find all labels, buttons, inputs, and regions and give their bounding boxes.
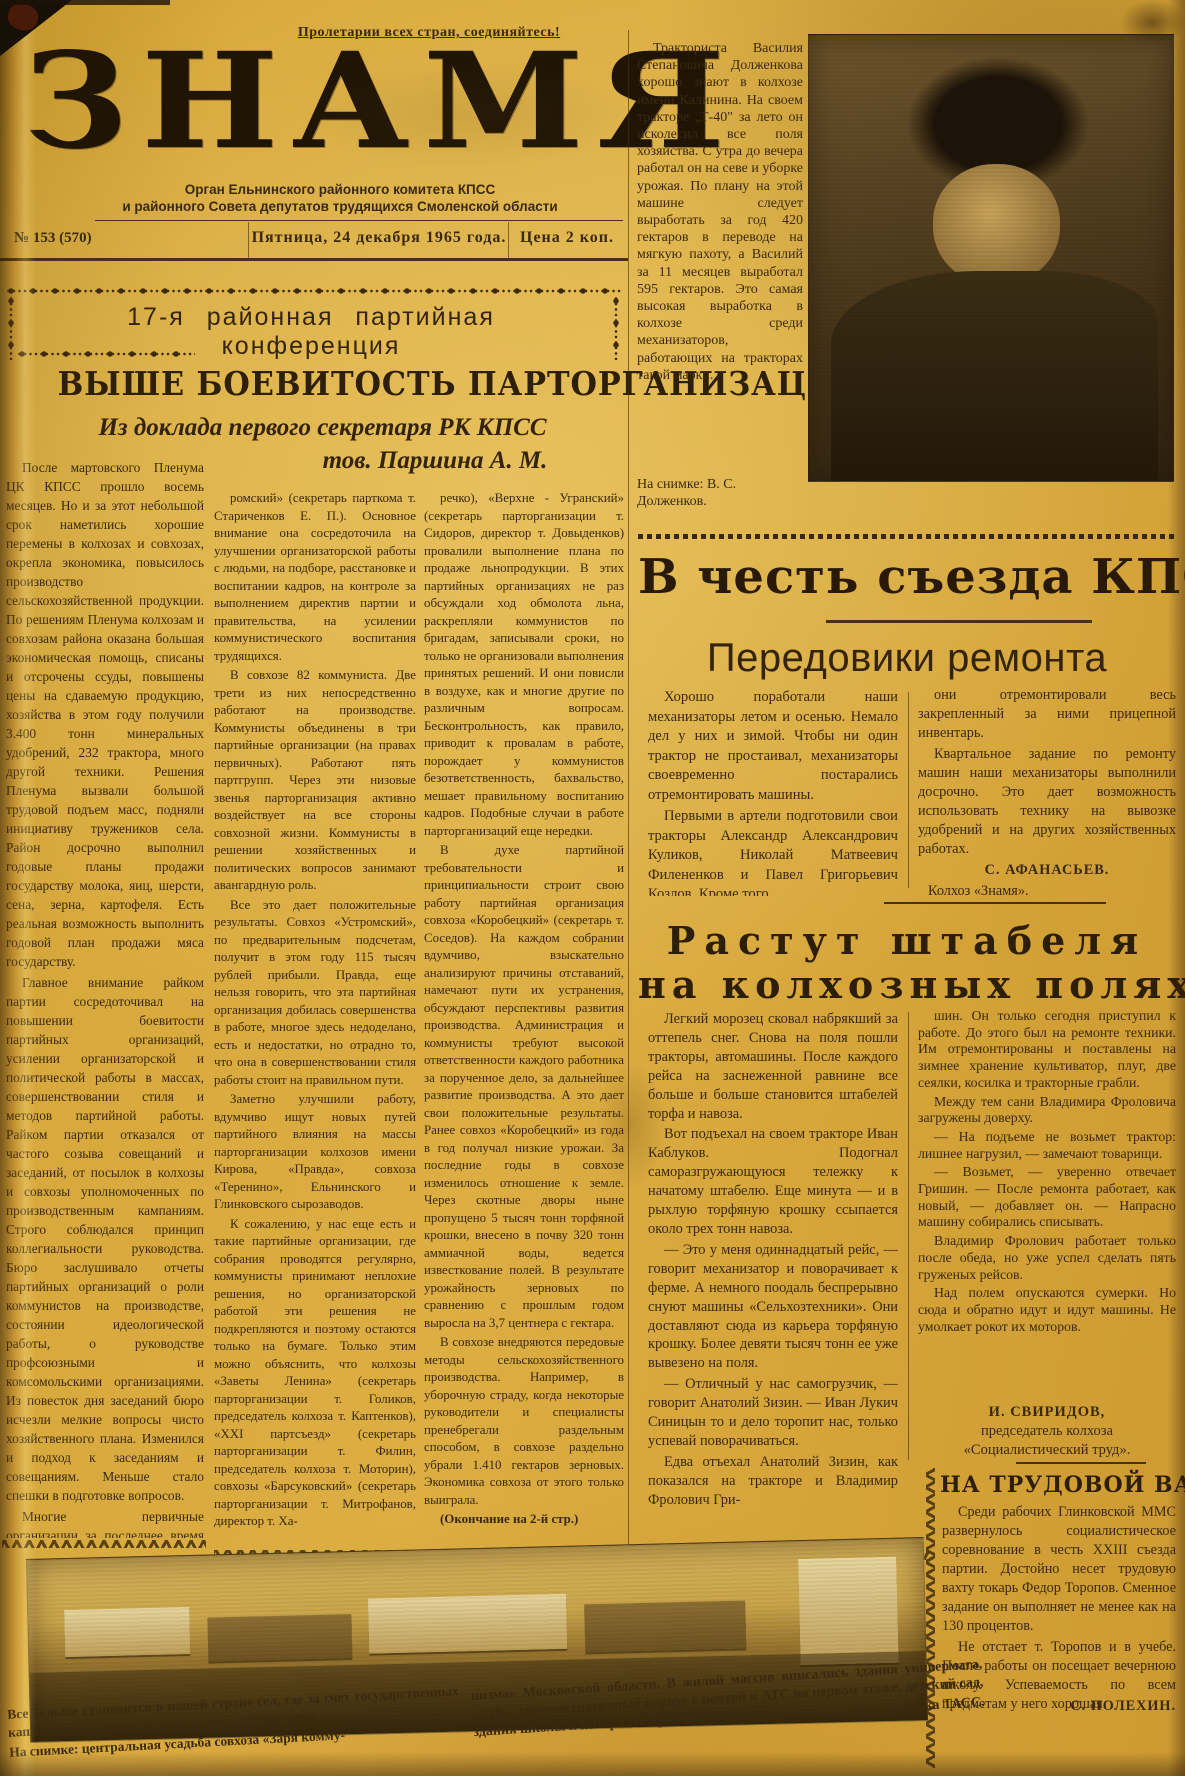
issue-number: № 153 (570) — [14, 230, 244, 247]
lead-paragraph: К сожалению, у нас еще есть и такие парт… — [214, 1216, 416, 1531]
stacks-paragraph: Над полем опускаются сумерки. Но сюда и … — [918, 1285, 1176, 1335]
lead-paragraph: В духе партийной требовательности и прин… — [424, 842, 624, 1332]
ornament-chain-left — [6, 296, 17, 360]
labor-zigzag-border — [926, 1468, 935, 1768]
lead-continuation-note: (Окончание на 2-й стр.) — [424, 1511, 624, 1529]
congress-paragraph: Квартальное задание по ремонту машин наш… — [918, 745, 1176, 859]
stacks-paragraph: — На подъеме не возьмет трактор: лишнее … — [918, 1129, 1176, 1162]
lead-headline: ВЫШЕ БОЕВИТОСТЬ ПАРТОРГАНИЗАЦИЙ — [58, 364, 601, 403]
stacks-byline-org: «Социалистический труд». — [918, 1442, 1176, 1459]
price: Цена 2 коп. — [510, 229, 624, 247]
lead-paragraph: В совхозе 82 коммуниста. Две трети из ни… — [214, 667, 416, 895]
stacks-column-right: шин. Он только сегодня приступил к работ… — [918, 1008, 1176, 1404]
congress-column-right: они отремонтировали весь закрепленный за… — [918, 686, 1176, 898]
lead-dek-line1: Из доклада первого секретаря РК КПСС — [55, 414, 590, 442]
lead-paragraph: Главное внимание райком партии сосредото… — [6, 973, 204, 1505]
subtitle-line-1: Орган Ельнинского районного комитета КПС… — [58, 181, 622, 198]
stacks-paragraph: Едва отъехал Анатолий Зизин, как показал… — [648, 1453, 898, 1510]
stacks-headline-line1: Растут штабеля — [638, 918, 1176, 963]
lead-column-2: ромский» (секретарь парткома т. Старичен… — [214, 490, 416, 1540]
labor-top-rule — [1016, 1462, 1146, 1464]
zigzag-divider-1 — [2, 1540, 206, 1548]
lead-paragraph: В совхозе внедряются передовые методы се… — [424, 1334, 624, 1509]
masthead-rule-bottom — [0, 258, 628, 261]
lead-paragraph: ромский» (секретарь парткома т. Старичен… — [214, 490, 416, 665]
tractor-story-text: Тракториста Василия Степановича Долженко… — [637, 40, 803, 384]
ornament-chain-right — [611, 296, 622, 360]
lead-paragraph: Заметно улучшили работу, вдумчиво ищут н… — [214, 1091, 416, 1214]
stacks-column-left: Легкий морозец сковал набрякший за оттеп… — [648, 1010, 898, 1522]
photo-grain — [809, 35, 1173, 481]
portrait-caption: На снимке: В. С. Долженков. — [637, 476, 793, 510]
lead-column-3: речко), «Верхне - Угранский» (секретарь … — [424, 490, 624, 1540]
main-vertical-rule — [628, 30, 629, 1545]
congress-paragraph: Первыми в артели подготовили свои тракто… — [648, 807, 898, 896]
congress-banner-rule — [826, 620, 1092, 623]
congress-paragraph: они отремонтировали весь закрепленный за… — [918, 686, 1176, 743]
stacks-paragraph: шин. Он только сегодня приступил к работ… — [918, 1008, 1176, 1092]
stacks-paragraph: — Это у меня одиннадцатый рейс, — говори… — [648, 1241, 898, 1373]
stacks-byline-role: председатель колхоза — [918, 1423, 1176, 1440]
newspaper-page: Пролетарии всех стран, соединяйтесь! ЗНА… — [0, 0, 1185, 1776]
lead-dek-line2: тов. Паршина А. М. — [270, 447, 600, 475]
dateline: Пятница, 24 декабря 1965 года. — [250, 229, 508, 247]
labor-paragraph: Среди рабочих Глинковской ММС развернуло… — [942, 1503, 1176, 1636]
congress-paragraph: Хорошо поработали наши механизаторы лето… — [648, 688, 898, 805]
congress-headline: Передовики ремонта — [638, 636, 1176, 681]
stacks-byline-block: И. СВИРИДОВ, председатель колхоза «Социа… — [918, 1404, 1176, 1461]
labor-headline: НА ТРУДОВОЙ ВАХТЕ — [940, 1472, 1180, 1498]
bottom-edge-shadow — [0, 1752, 1185, 1776]
newspaper-title: ЗНАМЯ — [23, 32, 657, 172]
subtitle-line-2: и районного Совета депутатов трудящихся … — [58, 198, 622, 215]
stacks-column-rule — [908, 1012, 909, 1460]
stacks-paragraph: Между тем сани Владимира Фроловича загру… — [918, 1094, 1176, 1127]
congress-byline-org: Колхоз «Знамя». — [918, 882, 1176, 898]
lead-paragraph: После мартовского Пленума ЦК КПСС прошло… — [6, 458, 204, 971]
stacks-paragraph: Легкий морозец сковал набрякший за оттеп… — [648, 1010, 898, 1123]
stacks-byline: И. СВИРИДОВ, — [918, 1404, 1176, 1421]
stacks-paragraph: Вот подъехал на своем тракторе Иван Кабл… — [648, 1125, 898, 1238]
stacks-paragraph: Владимир Фролович работает только после … — [918, 1233, 1176, 1283]
masthead-divider-1 — [248, 222, 249, 258]
congress-banner: В честь съезда КПСС — [638, 549, 1176, 605]
lead-column-1: После мартовского Пленума ЦК КПСС прошло… — [6, 458, 204, 1538]
congress-column-left: Хорошо поработали наши механизаторы лето… — [648, 688, 898, 896]
lead-paragraph: Многие первичные организации за последне… — [6, 1507, 204, 1538]
ornament-chain-top — [6, 286, 622, 297]
stacks-top-rule — [884, 902, 1106, 904]
tractor-driver-photo — [808, 34, 1174, 482]
lead-paragraph: речко), «Верхне - Угранский» (секретарь … — [424, 490, 624, 840]
congress-byline: С. АФАНАСЬЕВ. — [918, 861, 1176, 880]
masthead-subtitle: Орган Ельнинского районного комитета КПС… — [58, 181, 622, 215]
stacks-headline-line2: на колхозных полях — [638, 962, 1176, 1007]
congress-column-rule — [908, 692, 909, 888]
top-edge-shadow — [0, 0, 170, 5]
ornament-chain-short — [17, 349, 195, 360]
tractor-story: Тракториста Василия Степановича Долженко… — [637, 40, 803, 468]
lead-paragraph: Все это дает положительные результаты. С… — [214, 897, 416, 1090]
masthead-rule-top — [95, 220, 623, 221]
stacks-paragraph: — Возьмет, — уверенно отвечает Гришин. —… — [918, 1164, 1176, 1231]
stacks-paragraph: — Отличный у нас самогрузчик, — говорит … — [648, 1375, 898, 1451]
masthead-divider-2 — [508, 222, 509, 258]
dotted-rule — [638, 534, 1176, 539]
